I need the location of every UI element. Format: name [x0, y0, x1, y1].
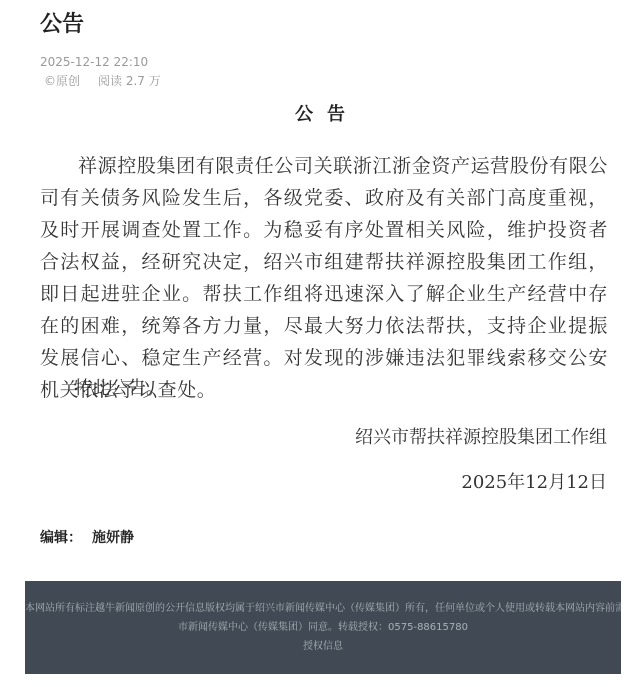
editor-label: 编辑：	[40, 528, 82, 548]
notice-closing: 特此公告。	[74, 376, 164, 402]
site-footer: 本网站所有标注越牛新闻原创的公开信息版权均属于绍兴市新闻传媒中心（传媒集团）所有…	[25, 581, 621, 674]
notice-signature: 绍兴市帮扶祥源控股集团工作组	[355, 425, 607, 451]
notice-heading: 公告	[0, 103, 640, 127]
editor-credit: 编辑： 施妍静	[40, 528, 134, 548]
license-info-link[interactable]: 授权信息	[303, 641, 343, 652]
view-count: 阅读 2.7 万	[98, 73, 161, 89]
notice-date: 2025年12月12日	[461, 470, 607, 496]
article-meta: ©原创 阅读 2.7 万	[44, 73, 161, 89]
page-title: 公告	[40, 10, 84, 40]
footer-copyright-line-1: 本网站所有标注越牛新闻原创的公开信息版权均属于绍兴市新闻传媒中心（传媒集团）所有…	[25, 599, 621, 618]
original-badge: ©原创	[44, 73, 80, 89]
publish-timestamp: 2025-12-12 22:10	[40, 54, 148, 70]
notice-body: 祥源控股集团有限责任公司关联浙江浙金资产运营股份有限公司有关债务风险发生后，各级…	[40, 150, 608, 406]
footer-copyright-line-2: 市新闻传媒中心（传媒集团）同意。转载授权：0575-88615780	[25, 618, 621, 637]
editor-name: 施妍静	[92, 528, 134, 548]
